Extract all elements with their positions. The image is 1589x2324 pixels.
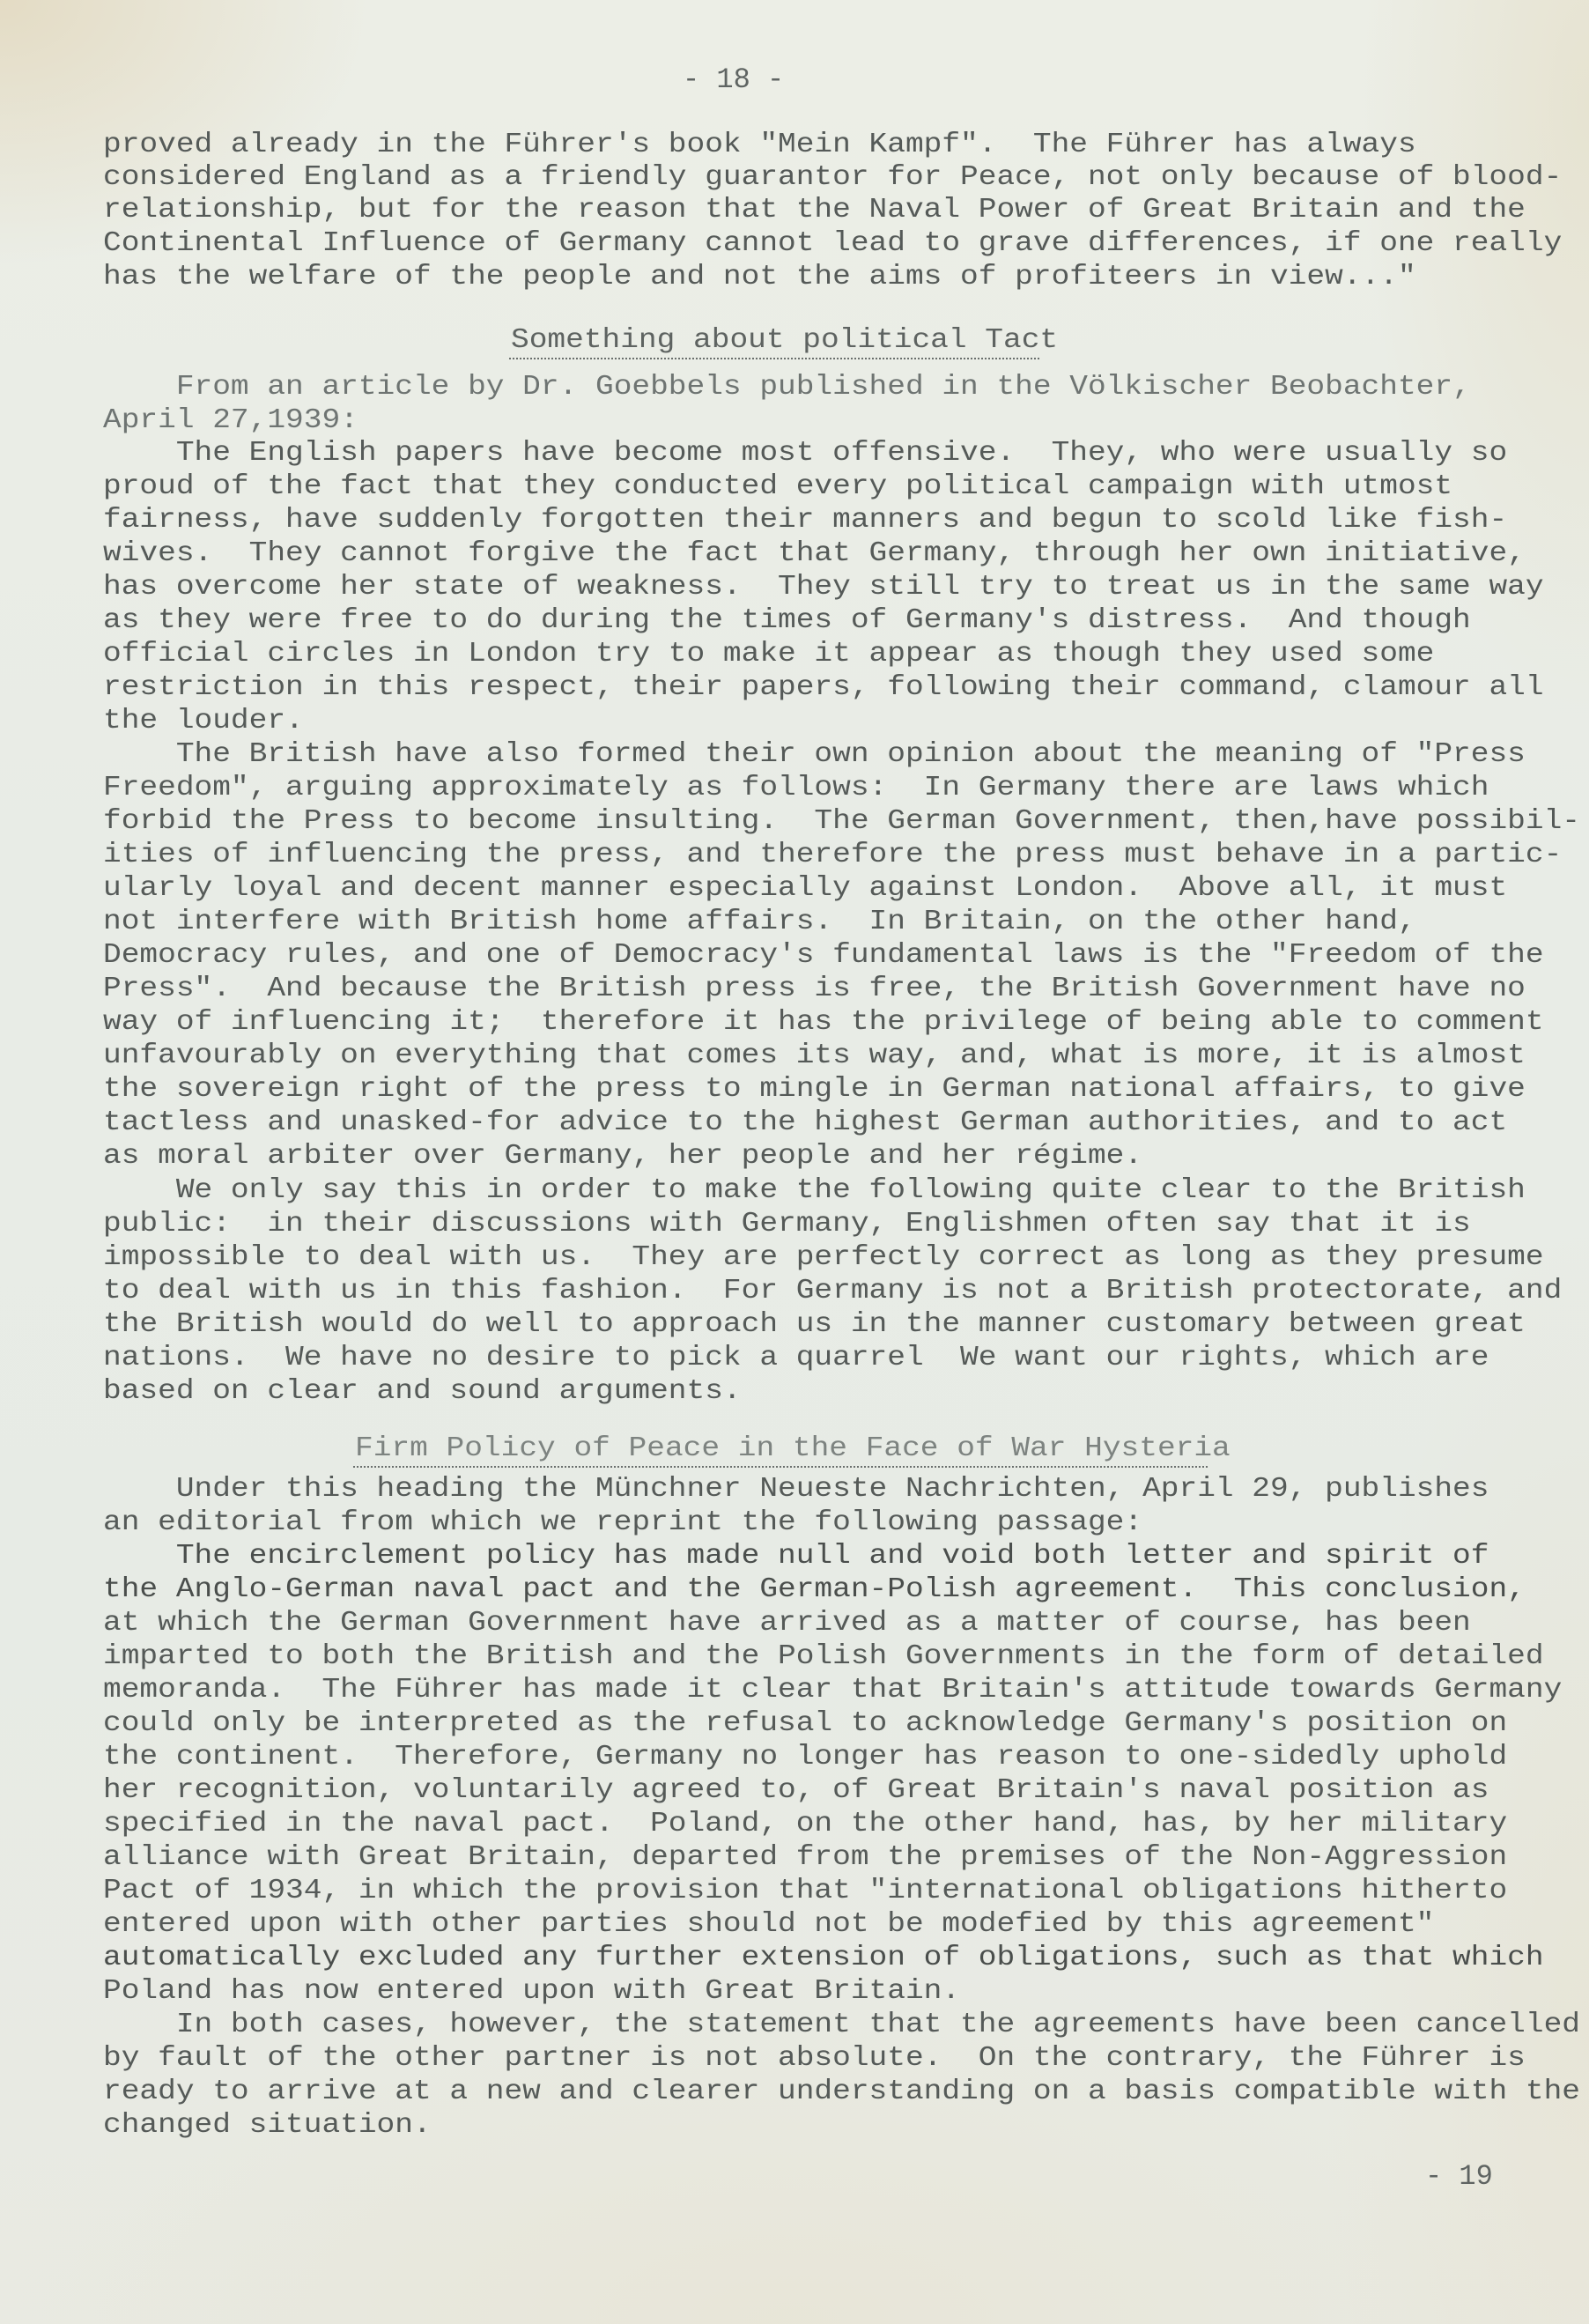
text-line: We only say this in order to make the fo… (103, 1176, 1526, 1206)
text-line: Pact of 1934, in which the provision tha… (103, 1876, 1507, 1906)
text-line: automatically excluded any further exten… (103, 1943, 1544, 1973)
text-line: as moral arbiter over Germany, her peopl… (103, 1142, 1142, 1172)
text-line: Continental Influence of Germany cannot … (103, 229, 1562, 259)
text-line: ularly loyal and decent manner especiall… (103, 874, 1507, 904)
text-line: to deal with us in this fashion. For Ger… (103, 1277, 1562, 1306)
text-line: not interfere with British home affairs.… (103, 907, 1416, 937)
text-line: has overcome her state of weakness. They… (103, 573, 1544, 603)
text-line: based on clear and sound arguments. (103, 1377, 742, 1407)
text-line: relationship, but for the reason that th… (103, 196, 1526, 226)
text-line: at which the German Government have arri… (103, 1609, 1471, 1639)
text-line: as they were free to do during the times… (103, 606, 1471, 636)
text-line: Press". And because the British press is… (103, 974, 1526, 1004)
text-line: In both cases, however, the statement th… (103, 2010, 1580, 2040)
text-line: the continent. Therefore, Germany no lon… (103, 1743, 1507, 1773)
top-page-number: - 18 - (683, 63, 784, 97)
text-line: Poland has now entered upon with Great B… (103, 1977, 960, 2007)
text-line: tactless and unasked-for advice to the h… (103, 1108, 1507, 1138)
text-line: ities of influencing the press, and ther… (103, 840, 1562, 870)
text-line: alliance with Great Britain, departed fr… (103, 1843, 1507, 1873)
text-line: impossible to deal with us. They are per… (103, 1243, 1544, 1273)
text-line: the sovereign right of the press to ming… (103, 1075, 1526, 1105)
heading-underline (353, 1466, 1208, 1468)
text-line: the Anglo-German naval pact and the Germ… (103, 1575, 1526, 1605)
section-heading: Firm Policy of Peace in the Face of War … (355, 1434, 1231, 1464)
text-line: Freedom", arguing approximately as follo… (103, 773, 1489, 803)
text-line: ready to arrive at a new and clearer und… (103, 2077, 1580, 2107)
text-line: entered upon with other parties should n… (103, 1910, 1434, 1940)
text-line: April 27,1939: (103, 406, 358, 436)
text-line: changed situation. (103, 2111, 432, 2141)
text-line: specified in the naval pact. Poland, on … (103, 1810, 1507, 1839)
text-line: The English papers have become most offe… (103, 439, 1507, 469)
text-line: restriction in this respect, their paper… (103, 673, 1544, 703)
text-line: Under this heading the Münchner Neueste … (103, 1475, 1489, 1505)
text-line: way of influencing it; therefore it has … (103, 1008, 1544, 1038)
text-line: considered England as a friendly guarant… (103, 163, 1562, 193)
text-line: could only be interpreted as the refusal… (103, 1709, 1507, 1739)
text-line: fairness, have suddenly forgotten their … (103, 506, 1507, 536)
text-line: Democracy rules, and one of Democracy's … (103, 941, 1544, 971)
text-line: memoranda. The Führer has made it clear … (103, 1676, 1562, 1706)
text-line: official circles in London try to make i… (103, 640, 1434, 670)
text-line: From an article by Dr. Goebbels publishe… (103, 373, 1471, 403)
text-line: The British have also formed their own o… (103, 740, 1526, 770)
text-line: proud of the fact that they conducted ev… (103, 472, 1452, 502)
text-line: the British would do well to approach us… (103, 1310, 1526, 1340)
text-line: nations. We have no desire to pick a qua… (103, 1343, 1489, 1373)
document-page: - 18 - proved already in the Führer's bo… (0, 0, 1589, 2324)
text-line: The encirclement policy has made null an… (103, 1542, 1489, 1572)
text-line: the louder. (103, 707, 304, 736)
text-line: proved already in the Führer's book "Mei… (103, 130, 1416, 160)
text-line: public: in their discussions with German… (103, 1210, 1471, 1240)
bottom-page-number: - 19 (1425, 2160, 1493, 2194)
heading-underline (509, 358, 1039, 359)
text-line: unfavourably on everything that comes it… (103, 1041, 1526, 1071)
text-line: wives. They cannot forgive the fact that… (103, 539, 1526, 569)
text-line: an editorial from which we reprint the f… (103, 1508, 1142, 1538)
section-heading: Something about political Tact (511, 326, 1058, 356)
text-line: imparted to both the British and the Pol… (103, 1642, 1544, 1672)
text-line: forbid the Press to become insulting. Th… (103, 807, 1580, 837)
text-line: has the welfare of the people and not th… (103, 263, 1416, 292)
text-line: her recognition, voluntarily agreed to, … (103, 1776, 1489, 1806)
text-line: by fault of the other partner is not abs… (103, 2044, 1526, 2074)
